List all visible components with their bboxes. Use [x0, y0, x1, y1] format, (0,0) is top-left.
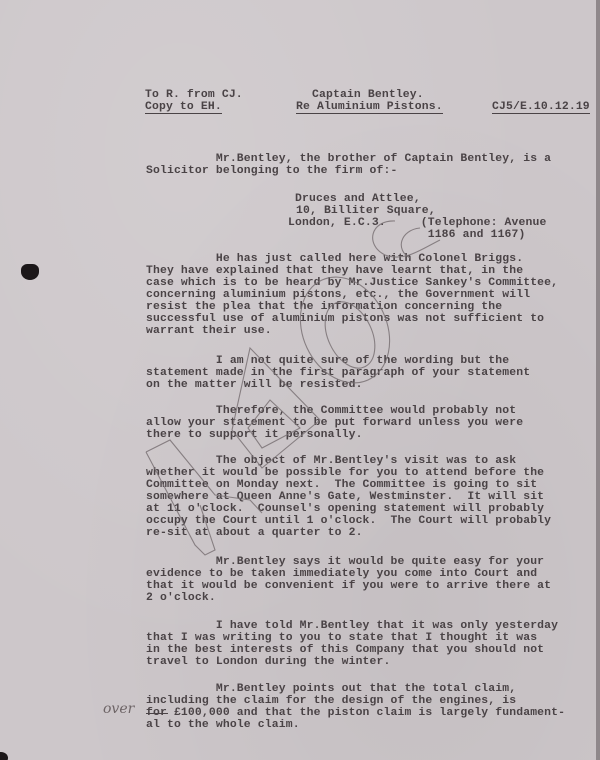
paragraph-line: that I was writing to you to state that … [146, 632, 537, 644]
paragraph-line: They have explained that they have learn… [146, 265, 523, 277]
address-line: 10, Billiter Square, [296, 205, 436, 217]
paragraph-line: He has just called here with Colonel Bri… [146, 253, 523, 265]
address-line: 1186 and 1167) [288, 229, 526, 241]
paragraph-line: re-sit at about a quarter to 2. [146, 527, 363, 539]
paragraph-line: statement made in the first paragraph of… [146, 367, 530, 379]
paragraph-line: at 11 o'clock. Counsel's opening stateme… [146, 503, 544, 515]
paragraph-line: somewhere at Queen Anne's Gate, Westmins… [146, 491, 544, 503]
page-edge [596, 0, 600, 760]
paragraph-line: successful use of aluminium pistons was … [146, 313, 544, 325]
paragraph-line: Committee on Monday next. The Committee … [146, 479, 537, 491]
paragraph-line: al to the whole claim. [146, 719, 300, 731]
paragraph-line: Therefore, the Committee would probably … [146, 405, 516, 417]
paragraph-line: travel to London during the winter. [146, 656, 391, 668]
header-subject-line2: Re Aluminium Pistons. [296, 101, 443, 114]
paragraph-line: occupy the Court until 1 o'clock. The Co… [146, 515, 551, 527]
paragraph-line: evidence to be taken immediately you com… [146, 568, 537, 580]
header-subject-line1: Captain Bentley. [312, 89, 424, 101]
paragraph-line: resist the plea that the information con… [146, 301, 502, 313]
paragraph-line: case which is to be heard by Mr.Justice … [146, 277, 558, 289]
paragraph-line: 2 o'clock. [146, 592, 216, 604]
header-reference: CJ5/E.10.12.19 [492, 101, 590, 114]
paragraph-line: Mr.Bentley says it would be quite easy f… [146, 556, 544, 568]
paragraph-line: including the claim for the design of th… [146, 695, 516, 707]
paragraph-line: whether it would be possible for you to … [146, 467, 544, 479]
paragraph-line: on the matter will be resisted. [146, 379, 363, 391]
header-copy-line: Copy to EH. [145, 101, 222, 114]
handwritten-margin-note: over [103, 701, 134, 717]
address-line: Druces and Attlee, [295, 193, 421, 205]
paragraph-line: I am not quite sure of the wording but t… [146, 355, 509, 367]
paragraph-line: there to support it personally. [146, 429, 363, 441]
paragraph-line: I have told Mr.Bentley that it was only … [146, 620, 558, 632]
paragraph-line: in the best interests of this Company th… [146, 644, 544, 656]
paragraph-line: The object of Mr.Bentley's visit was to … [146, 455, 516, 467]
address-line: London, E.C.3. (Telephone: Avenue [288, 217, 546, 229]
paragraph-line: concerning aluminium pistons, etc., the … [146, 289, 530, 301]
paragraph-line: for £100,000 and that the piston claim i… [146, 707, 565, 719]
paragraph-line: Solicitor belonging to the firm of:- [146, 165, 397, 177]
paragraph-line: warrant their use. [146, 325, 272, 337]
paragraph-line: allow your statement to be put forward u… [146, 417, 523, 429]
strikethrough-mark [146, 713, 168, 714]
punch-hole [0, 752, 8, 760]
paragraph-line: Mr.Bentley points out that the total cla… [146, 683, 516, 695]
paragraph-line: that it would be convenient if you were … [146, 580, 551, 592]
header-to-line: To R. from CJ. [145, 89, 243, 101]
document-page: To R. from CJ. Copy to EH. Captain Bentl… [0, 0, 600, 760]
paragraph-line: Mr.Bentley, the brother of Captain Bentl… [146, 153, 551, 165]
punch-hole [21, 264, 39, 280]
